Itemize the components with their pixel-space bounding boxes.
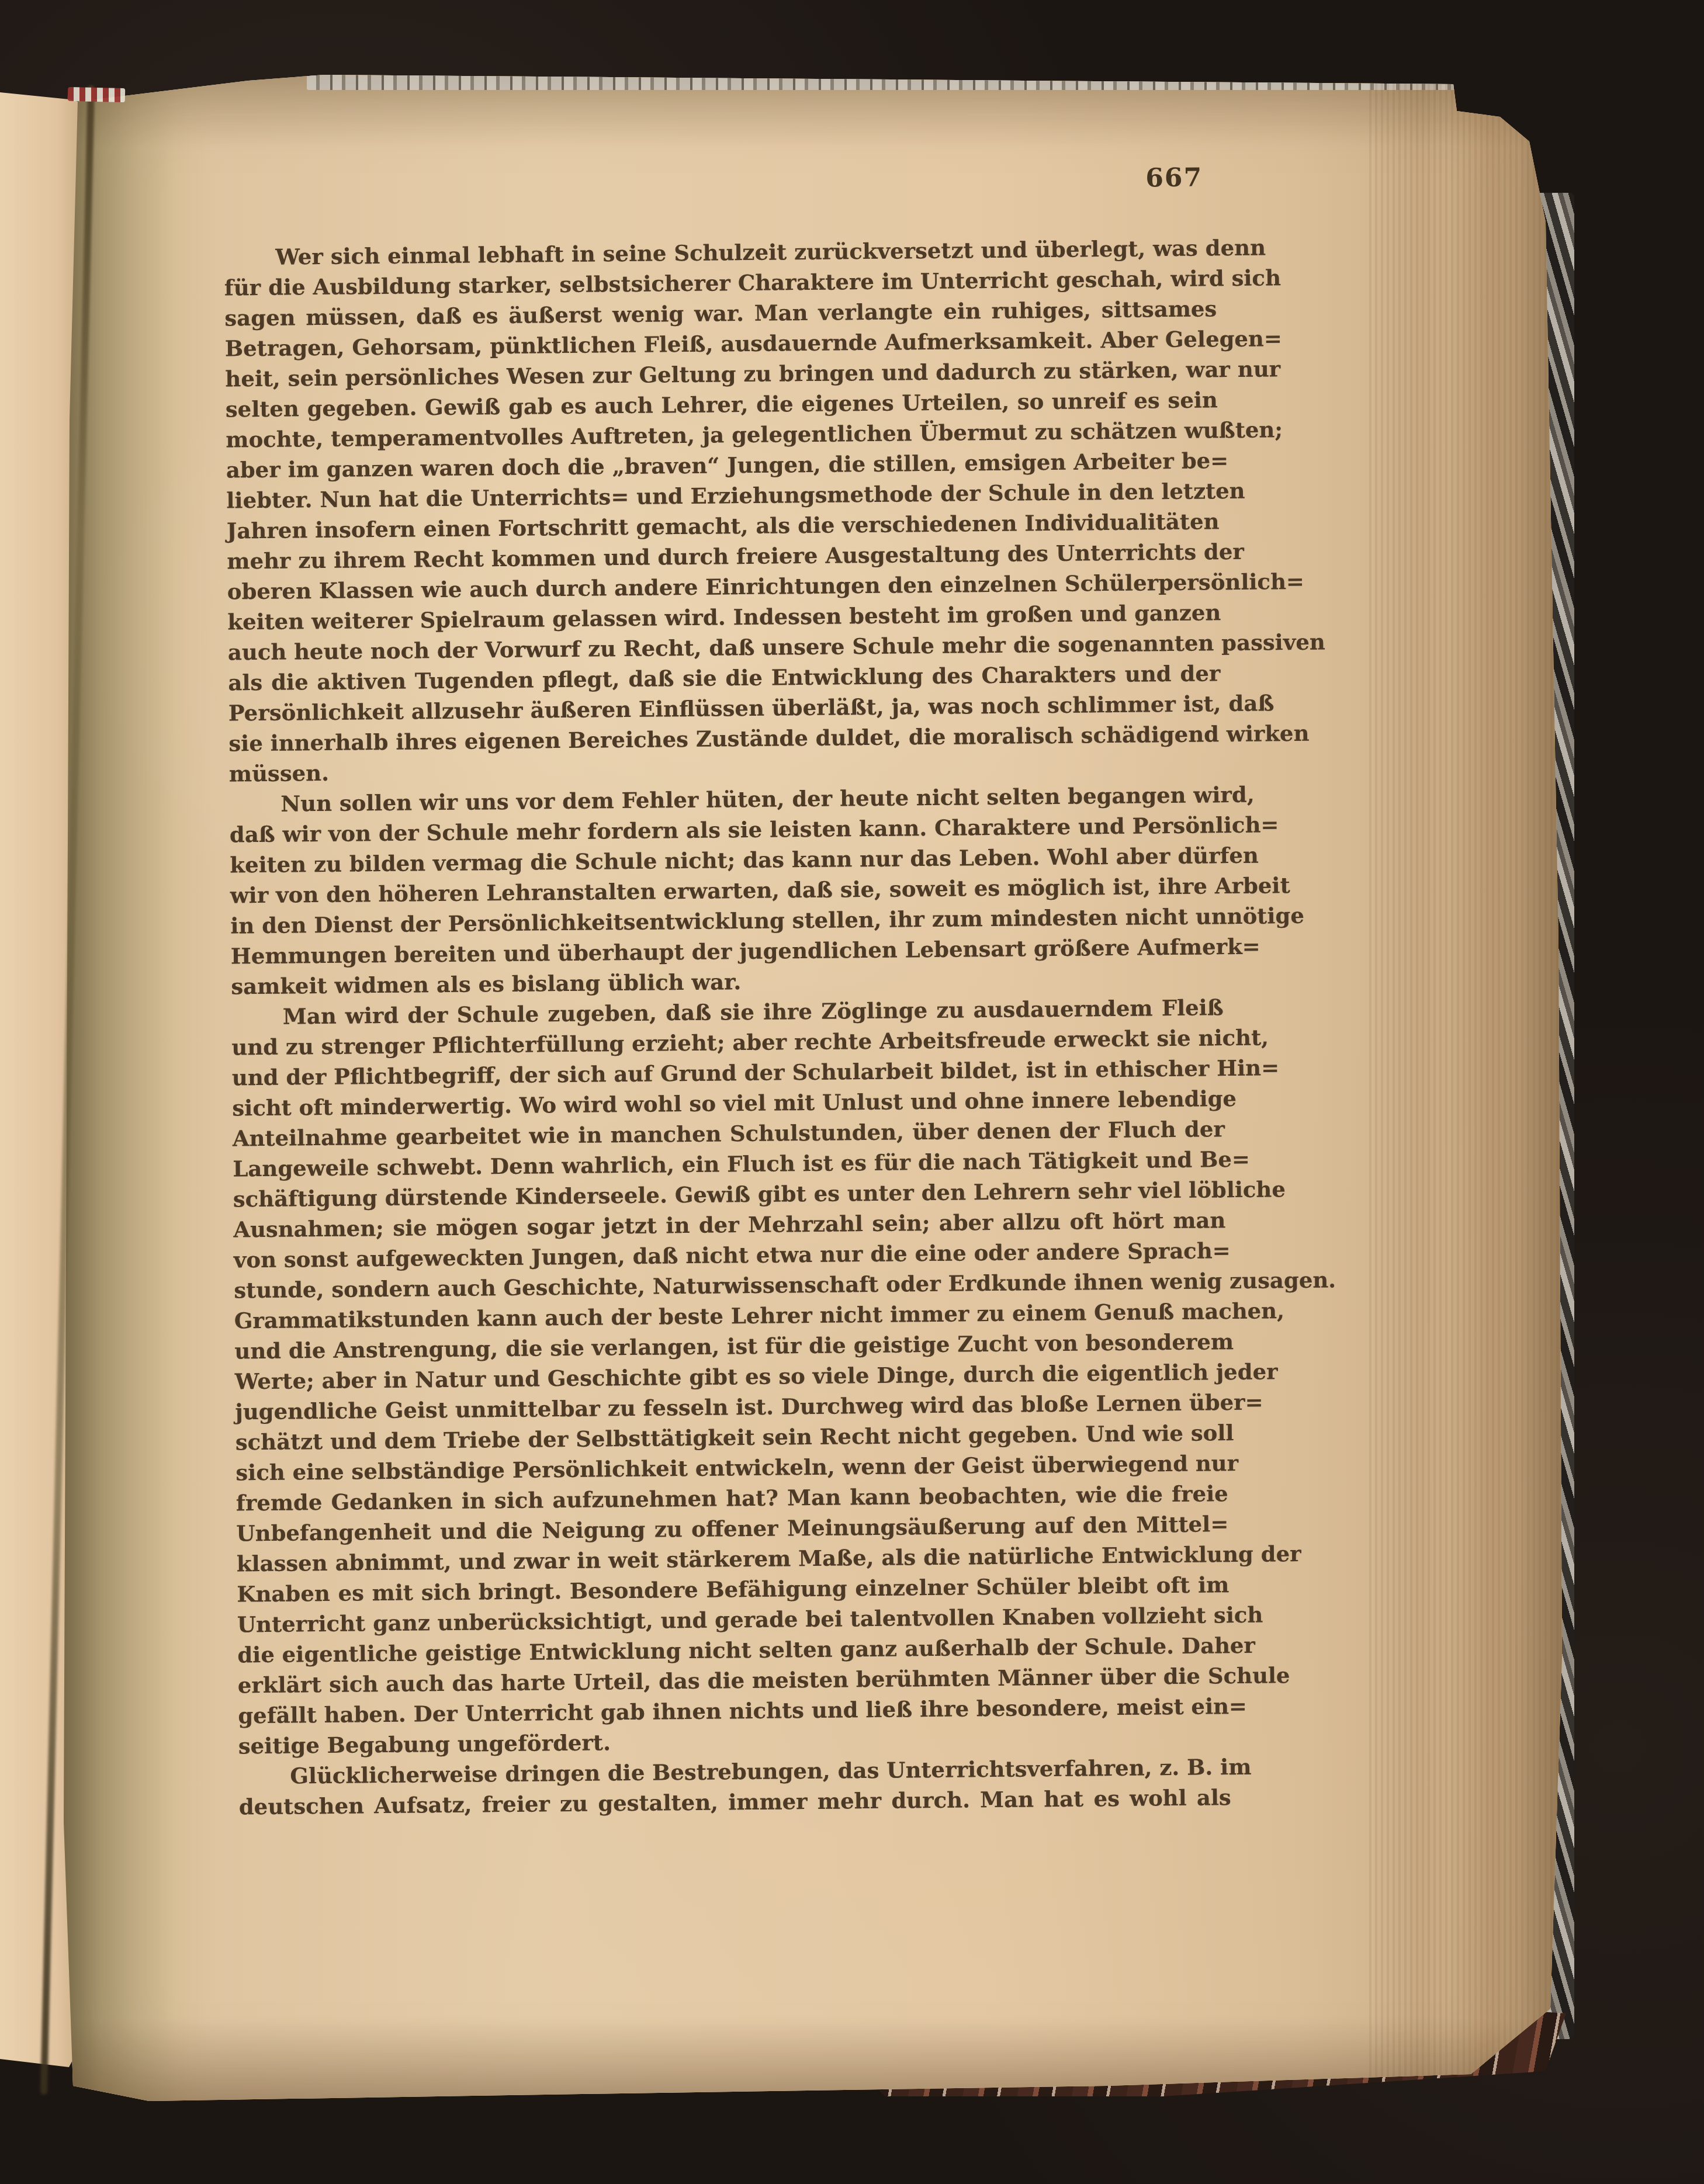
page-number: 667 [223, 162, 1215, 202]
page-bottom-shadow [56, 2019, 1569, 2106]
page-top-shadow [56, 69, 1569, 148]
page-edge-stack [1369, 69, 1569, 2106]
headband [68, 87, 126, 102]
gutter-shadow [56, 69, 213, 2106]
text-block: Wer sich einmal lebhaft in seine Schulze… [224, 233, 1231, 1822]
book-page: 667 Wer sich einmal lebhaft in seine Sch… [56, 69, 1569, 2106]
book-photo: 667 Wer sich einmal lebhaft in seine Sch… [0, 0, 1704, 2184]
printed-content: 667 Wer sich einmal lebhaft in seine Sch… [223, 162, 1231, 1822]
page-top-edge [307, 72, 1455, 90]
